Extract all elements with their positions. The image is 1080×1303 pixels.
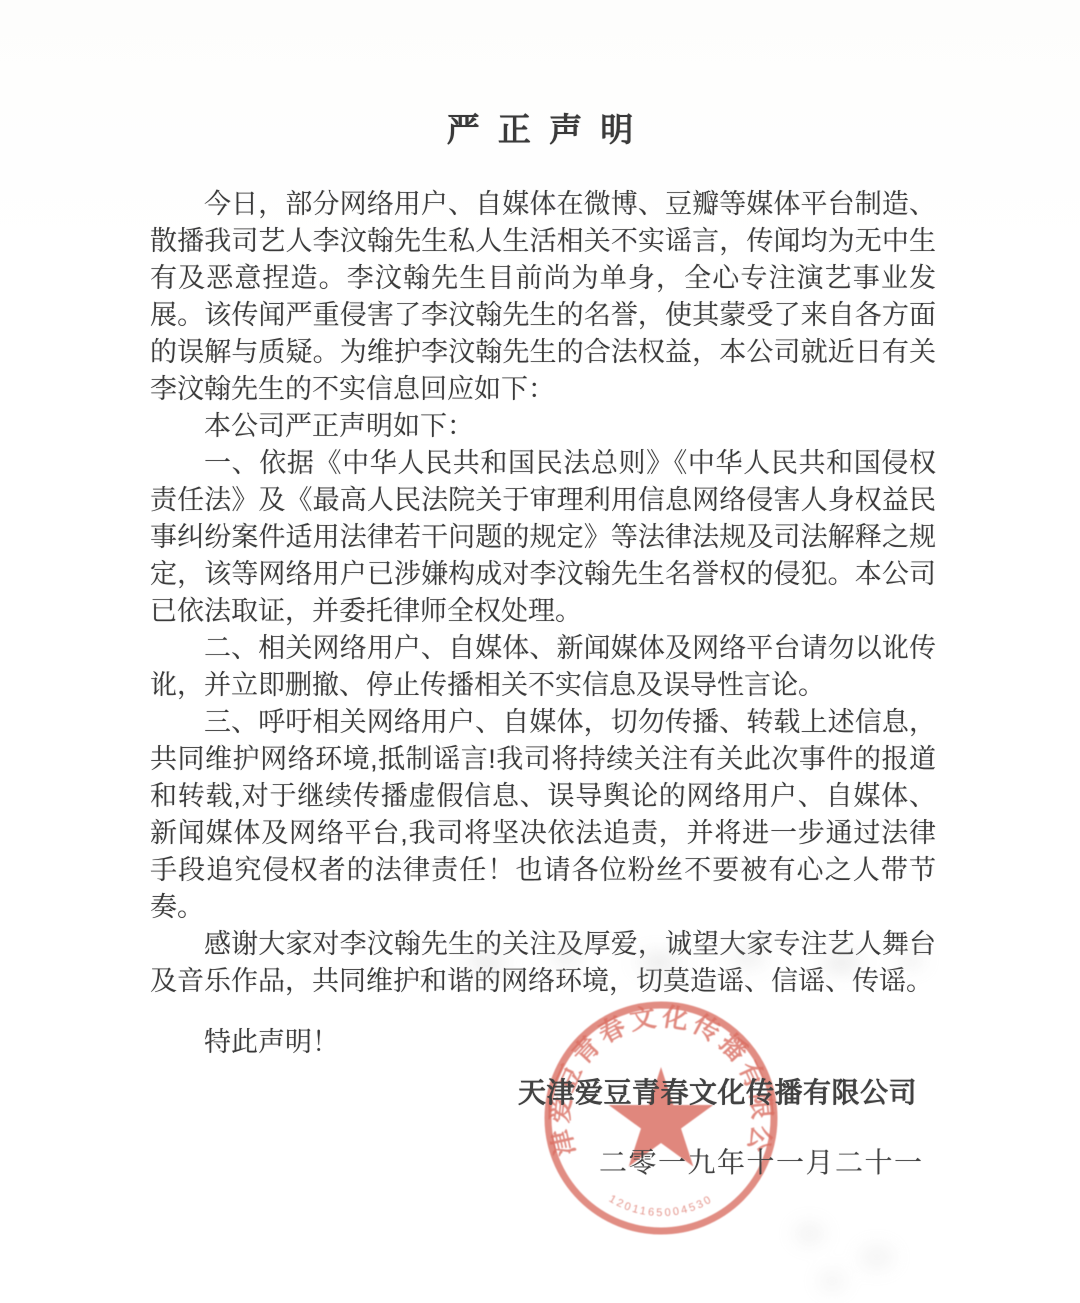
paragraph-intro: 今日，部分网络用户、自媒体在微博、豆瓣等媒体平台制造、散播我司艺人李汶翰先生私人… [150,186,936,408]
paragraph-thanks: 感谢大家对李汶翰先生的关注及厚爱，诚望大家专注艺人舞台及音乐作品，共同维护和谐的… [150,926,936,1000]
seal-registration-number: 1201165004530 [607,1193,716,1219]
paragraph-declaration-lead: 本公司严正声明如下： [150,408,936,445]
signature-company-name: 天津爱豆青春文化传播有限公司 [518,1071,917,1111]
signature-date: 二零一九年十一月二十一 [599,1141,924,1181]
svg-text:1201165004530: 1201165004530 [607,1193,716,1219]
statement-document-page: 严正声明 今日，部分网络用户、自媒体在微博、豆瓣等媒体平台制造、散播我司艺人李汶… [0,0,1080,1303]
paragraph-item-3: 三、呼吁相关网络用户、自媒体，切勿传播、转载上述信息，共同维护网络环境,抵制谣言… [150,704,936,926]
photo-smudge-artifact-2 [772,1205,922,1300]
paragraph-item-2: 二、相关网络用户、自媒体、新闻媒体及网络平台请勿以讹传讹，并立即删撤、停止传播相… [150,630,936,704]
company-seal-stamp: 天津爱豆青春文化传播有限公司 1201165004530 [536,993,786,1243]
paragraph-item-1: 一、依据《中华人民共和国民法总则》《中华人民共和国侵权责任法》及《最高人民法院关… [150,445,936,630]
document-body: 今日，部分网络用户、自媒体在微博、豆瓣等媒体平台制造、散播我司艺人李汶翰先生私人… [150,186,936,1061]
document-title: 严正声明 [0,104,1080,151]
